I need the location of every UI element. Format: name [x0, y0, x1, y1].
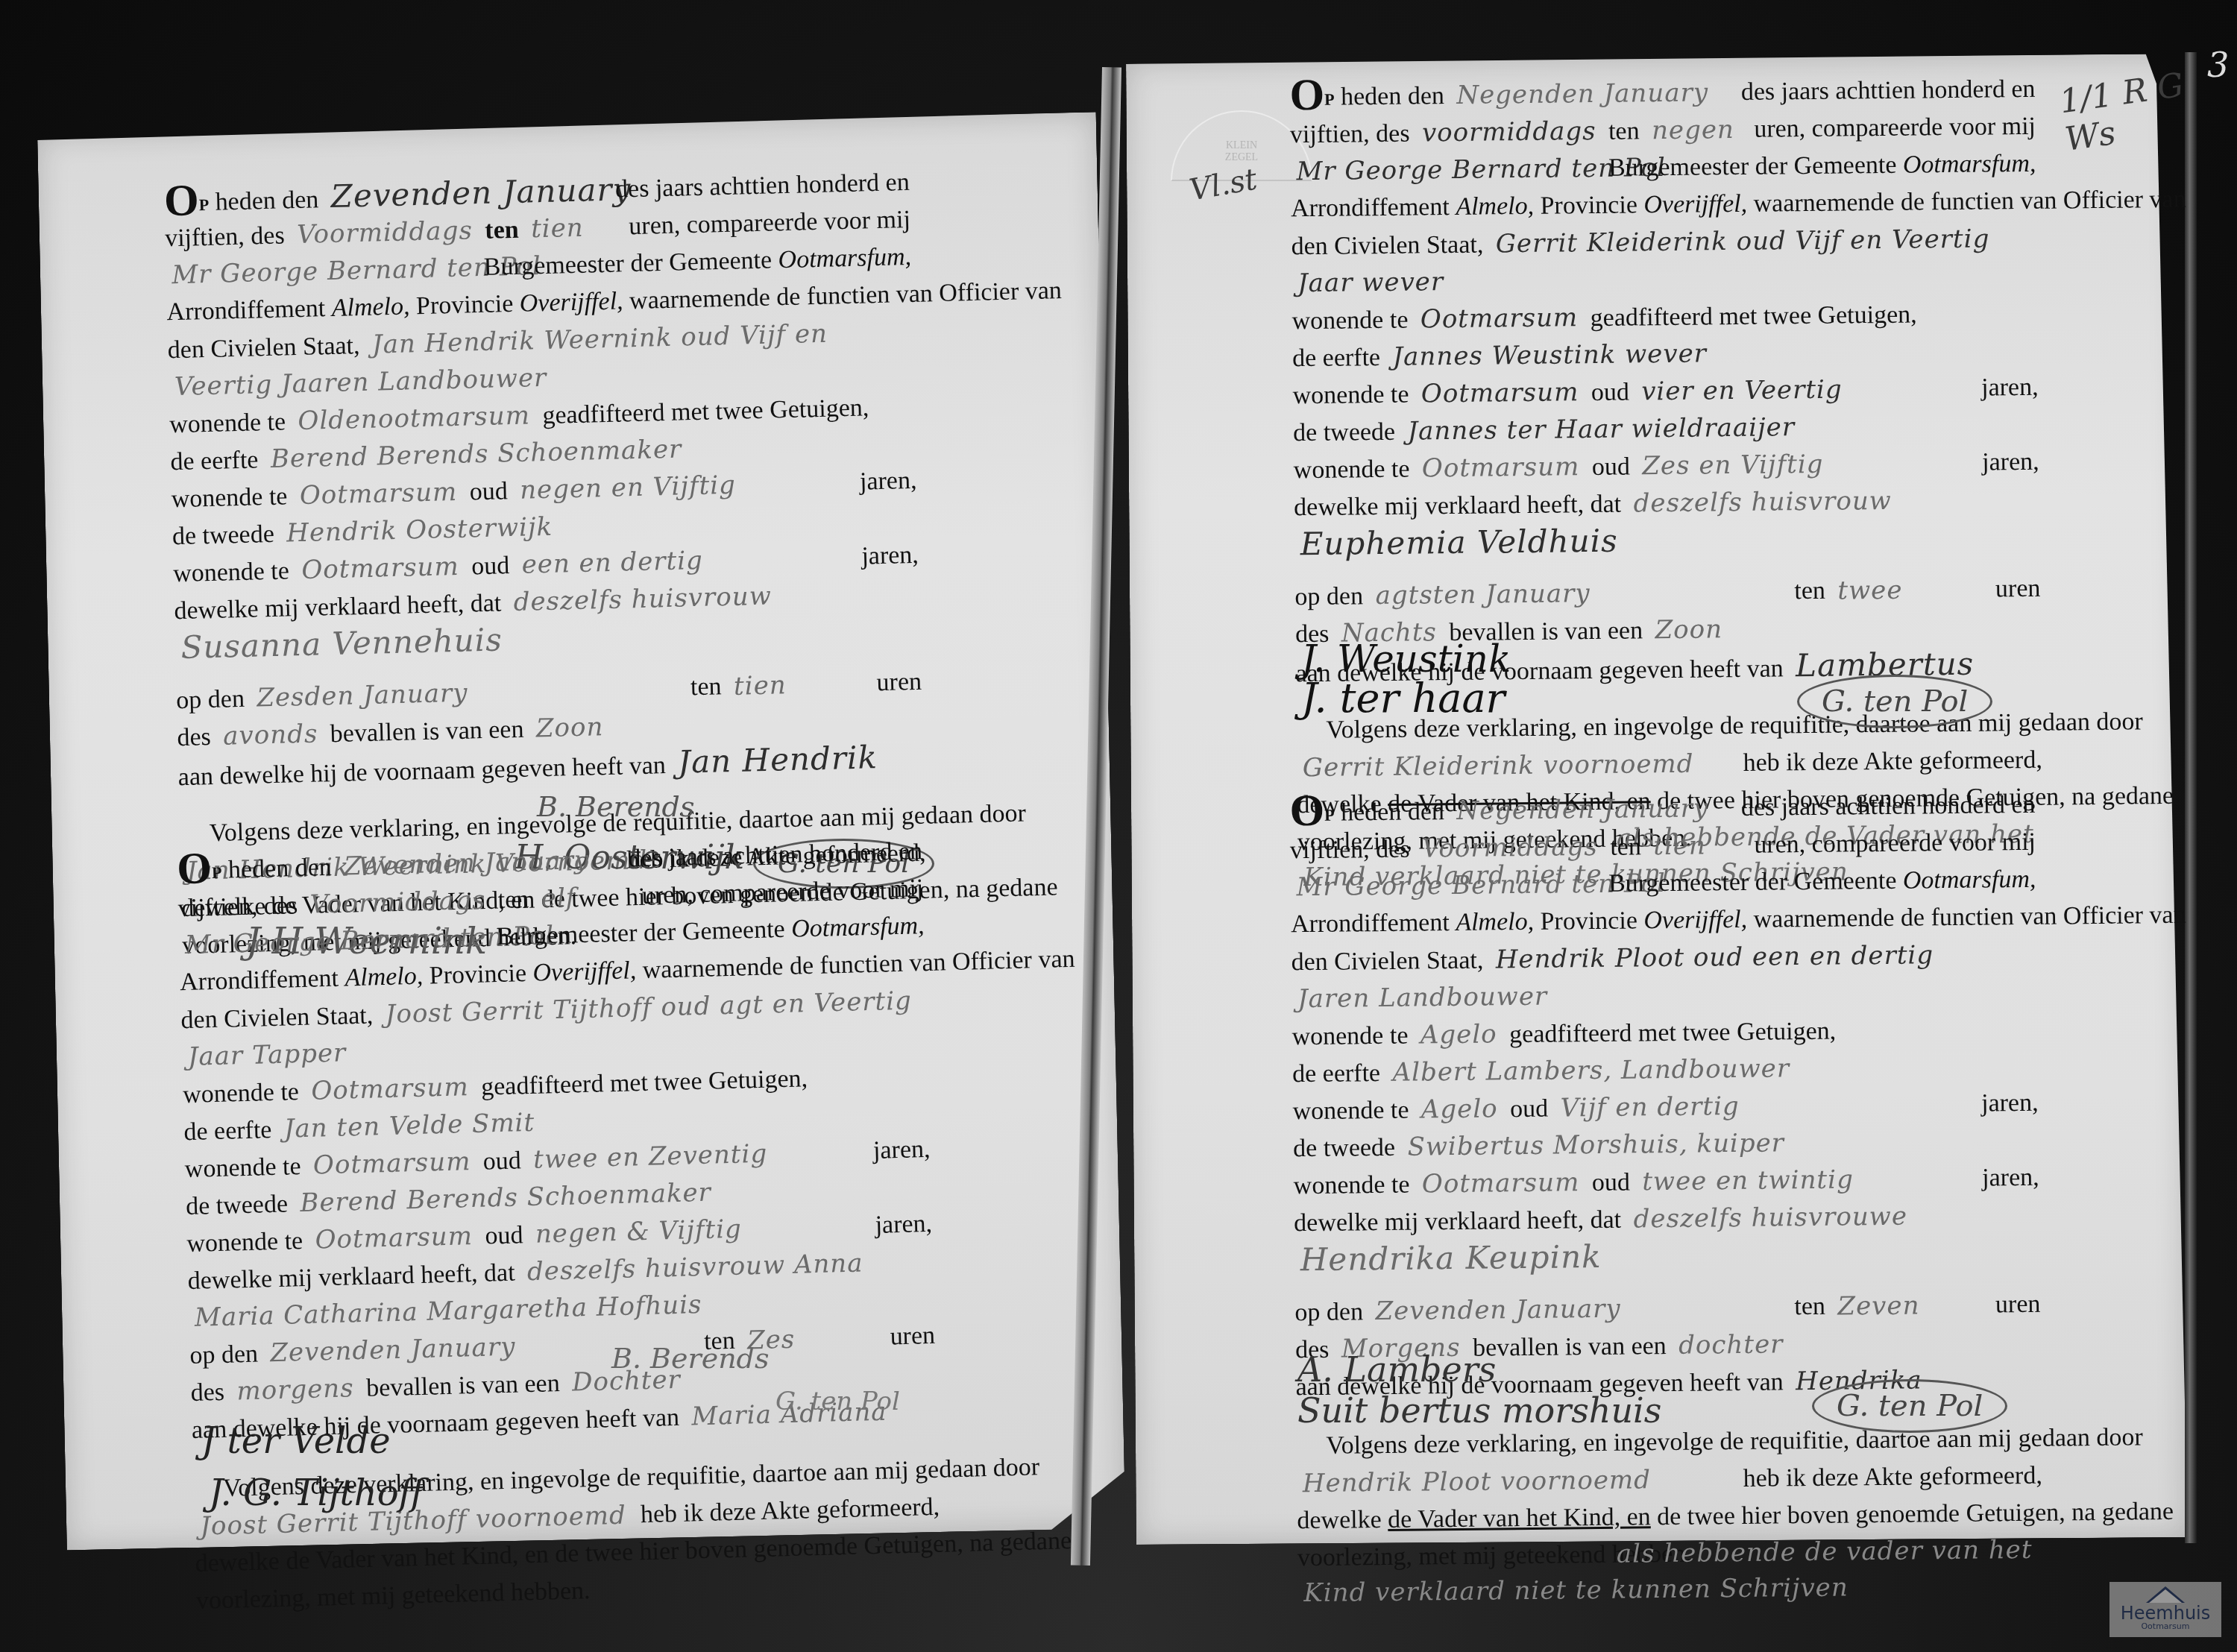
handwritten-age: twee en twintig — [1636, 1164, 1860, 1197]
handwritten-daypart: Voormiddags — [291, 215, 479, 250]
printed-text: ten — [1794, 1288, 1825, 1325]
printed-text: op den — [1294, 1298, 1363, 1326]
handwritten-residence: Ootmarsum — [305, 1072, 475, 1106]
printed-text: Overijffel, — [1643, 190, 1747, 218]
handwritten-child-sex: Zoon — [529, 712, 609, 744]
printed-text: jaren, — [861, 537, 919, 576]
printed-text: Arrondiffement — [1291, 193, 1450, 222]
small-cap: P — [1324, 90, 1335, 109]
handwritten-occupation: Jaren Landbouwer — [1291, 982, 1554, 1015]
printed-text: den Civielen Staat, — [1291, 231, 1483, 261]
printed-text: heden den — [1341, 798, 1444, 826]
printed-text: des — [190, 1378, 224, 1407]
handwritten-annotation: als hebbende de vader van het Kind verkl… — [1297, 1532, 2056, 1612]
printed-text: heb ik deze Akte geformeerd, — [1743, 1457, 2042, 1498]
printed-text: heden den — [215, 186, 319, 215]
printed-text: Overijffel, — [519, 287, 623, 317]
printed-text: uren — [1995, 1286, 2041, 1324]
printed-text: Burgemeester der Gemeente — [1608, 151, 1897, 182]
printed-text: dewelke mij verklaard heeft, dat — [187, 1259, 515, 1295]
printed-text: wonende te — [171, 482, 288, 513]
handwritten-requisitioner: Gerrit Kleiderink voornoemd — [1297, 749, 1700, 784]
printed-text: wonende te — [1294, 1171, 1410, 1200]
printed-text: op den — [1294, 582, 1363, 611]
printed-text: Almelo, — [331, 292, 410, 322]
underlined-printed-text: de Vader van het Kind, en — [1388, 1503, 1651, 1533]
birth-record-3: OP heden den Negenden January des jaars … — [1289, 71, 2044, 906]
signature-witness1: A. Lambers — [1297, 1349, 1496, 1390]
printed-text: oud — [471, 552, 510, 580]
handwritten-daypart: avonds — [217, 719, 324, 751]
handwritten-relation: deszelfs huisvrouw Anna — [521, 1248, 869, 1287]
printed-text: de tweede — [172, 520, 274, 550]
small-cap: P — [198, 195, 209, 214]
handwritten-residence: Ootmarsum — [293, 477, 463, 511]
printed-text: wonende te — [184, 1153, 301, 1183]
printed-text: de twee hier boven genoemde Getuigen, na… — [1657, 1498, 2174, 1530]
printed-text: ten — [485, 216, 519, 245]
handwritten-hour: tien — [525, 212, 591, 244]
handwritten-birth-date: Zevenden January — [1369, 1294, 1626, 1327]
printed-text: jaren, — [1982, 1159, 2039, 1197]
printed-text: Ootmarsfum, — [1903, 150, 2036, 179]
signature-mayor: G. ten Pol — [775, 1387, 900, 1416]
small-cap: P — [1324, 806, 1335, 825]
handwritten-witness: Jan ten Velde Smit — [277, 1108, 541, 1144]
handwritten-witness: Hendrik Oosterwijk — [280, 512, 559, 549]
printed-text: dewelke mij verklaard heeft, dat — [1294, 1206, 1621, 1238]
signature-mayor: G. ten Pol — [1797, 675, 1992, 728]
handwritten-date: Zevenden January — [338, 845, 596, 882]
signature-witness2: J. ter haar — [1301, 675, 1505, 722]
printed-text: Almelo, — [344, 962, 424, 992]
handwritten-residence: Ootmarsum — [307, 1147, 477, 1181]
printed-text: geadfifteerd met twee Getuigen, — [542, 394, 869, 429]
small-cap: P — [212, 863, 222, 882]
printed-text: de tweede — [186, 1191, 289, 1221]
handwritten-daypart: Voormiddags — [303, 885, 492, 920]
handwritten-declarant: Hendrik Ploot oud een en dertig — [1490, 940, 1940, 974]
handwritten-birth-hour: twee — [1831, 572, 1909, 610]
printed-text: vijftien, des — [165, 221, 285, 252]
printed-text: den Civielen Staat, — [1291, 947, 1483, 977]
handwritten-birth-date: Zesden January — [251, 678, 474, 713]
handwritten-birth-hour: tien — [727, 666, 793, 705]
handwritten-witness: Jannes ter Haar wieldraaijer — [1401, 412, 1801, 447]
handwritten-relation: deszelfs huisvrouw — [1627, 486, 1898, 519]
printed-text: ten — [1610, 833, 1641, 860]
drop-cap: O — [163, 175, 199, 225]
printed-text: jaren, — [875, 1205, 933, 1244]
printed-text: uren, compareerde voor mij — [1754, 108, 2036, 148]
printed-text: bevallen is van een — [330, 716, 523, 748]
handwritten-daypart: Voormiddags — [1416, 832, 1604, 864]
printed-text: wonende te — [186, 1227, 303, 1258]
printed-text: vijftien, des — [177, 892, 298, 922]
printed-text: des — [177, 723, 211, 751]
handwritten-occupation: Jaar wever — [1291, 267, 1450, 298]
printed-text: op den — [189, 1340, 259, 1369]
printed-text: wonende te — [1294, 455, 1410, 485]
printed-text: Ootmarsfum, — [1903, 866, 2036, 895]
printed-text: Almelo, — [1456, 908, 1534, 936]
printed-text: bevallen is van een — [1473, 1332, 1667, 1362]
handwritten-residence: Ootmarsum — [309, 1221, 479, 1255]
printed-text: ten — [1608, 117, 1640, 145]
drop-cap: O — [1289, 786, 1324, 835]
printed-text: uren, compareerde voor mij — [1754, 824, 2036, 864]
handwritten-mother: Susanna Vennehuis — [174, 621, 509, 666]
printed-text: jaren, — [1981, 369, 2039, 407]
handwritten-residence: Agelo — [1415, 1094, 1504, 1124]
handwritten-daypart: voormiddags — [1416, 116, 1602, 148]
printed-text: Burgemeester der Gemeente — [483, 246, 772, 280]
printed-text: uren — [890, 1317, 936, 1356]
printed-text: geadfifteerd met twee Getuigen, — [1591, 300, 1917, 332]
printed-text: Arrondiffement — [180, 965, 339, 997]
printed-text: Burgemeester der Gemeente — [1608, 867, 1897, 898]
printed-text: Overijffel, — [1643, 906, 1747, 934]
printed-text: geadfifteerd met twee Getuigen, — [481, 1065, 808, 1100]
printed-text: bevallen is van een — [366, 1369, 561, 1402]
printed-text: Provincie — [429, 959, 526, 989]
printed-text: jaren, — [872, 1131, 931, 1170]
signature-witness1: J ter Velde — [201, 1420, 391, 1462]
printed-text: de eerfte — [1292, 344, 1380, 372]
printed-text: Almelo, — [1456, 192, 1534, 221]
printed-text: voorlezing, met mij geteekend hebben. — [196, 1577, 591, 1615]
printed-text: ten — [690, 668, 722, 706]
handwritten-witness: Albert Lambers, Landbouwer — [1386, 1053, 1796, 1088]
printed-text: heden den — [1341, 82, 1444, 110]
printed-text: jaren, — [859, 462, 917, 501]
printed-text: heb ik deze Akte geformeerd, — [1743, 742, 2042, 782]
handwritten-residence: Ootmarsum — [1416, 1167, 1586, 1199]
handwritten-relation: deszelfs huisvrouwe — [1627, 1202, 1913, 1235]
birth-record-4: OP heden den Negenden January des jaars … — [1289, 786, 2044, 1621]
printed-text: wonende te — [183, 1078, 300, 1109]
printed-text: waarnemende de functien van Officier van — [1753, 186, 2186, 218]
handwritten-age: vier en Veertig — [1635, 374, 1849, 406]
handwritten-residence: Ootmarsum — [1415, 303, 1585, 334]
handwritten-residence: Ootmarsum — [1415, 377, 1585, 409]
handwritten-hour: elf — [535, 883, 582, 914]
heemhuis-logo: Heemhuis Ootmarsum — [2109, 1582, 2221, 1637]
handwritten-child-name: Jan Hendrik — [672, 739, 884, 781]
handwritten-mother: Hendrika Keupink — [1294, 1238, 1607, 1278]
handwritten-occupation: Veertig Jaaren Landbouwer — [169, 363, 553, 403]
printed-text: gegeven heeft van — [1599, 655, 1784, 684]
printed-text: Provincie — [416, 290, 514, 320]
handwritten-residence: Agelo — [1415, 1019, 1503, 1050]
handwritten-declarant: Gerrit Kleiderink oud Vijf en Veertig — [1490, 224, 1996, 259]
handwritten-witness: Berend Berends Schoenmaker — [264, 434, 688, 474]
printed-text: dewelke mij verklaard heeft, dat — [1294, 491, 1621, 522]
printed-text: wonende te — [169, 408, 286, 438]
printed-text: de tweede — [1293, 418, 1395, 447]
handwritten-birth-hour: Zeven — [1831, 1287, 1926, 1325]
printed-text: geadfifteerd met twee Getuigen, — [1509, 1018, 1836, 1049]
printed-text: des jaars achttien honderd en — [1741, 71, 2036, 111]
printed-text: den Civielen Staat, — [167, 332, 360, 364]
handwritten-age: een en dertig — [515, 546, 709, 580]
handwritten-age: Zes en Vijftig — [1636, 450, 1829, 482]
printed-text: den Civielen Staat, — [180, 1001, 374, 1034]
printed-text: des jaars achttien honderd en — [1741, 786, 2036, 827]
printed-text: wonende te — [1292, 381, 1409, 410]
printed-text: wonende te — [1291, 306, 1408, 335]
handwritten-child-sex: Zoon — [1649, 614, 1728, 645]
handwritten-residence: Oldenootmarsum — [292, 400, 536, 436]
printed-text: ten — [497, 886, 529, 914]
printed-text: Overijffel, — [532, 956, 637, 987]
printed-text: wonende te — [173, 557, 290, 587]
printed-text: de eerfte — [1292, 1059, 1380, 1088]
printed-text: oud — [1592, 453, 1630, 482]
logo-name: Heemhuis — [2109, 1604, 2221, 1622]
printed-text: uren — [876, 663, 922, 702]
handwritten-date: Zevenden January — [324, 171, 638, 215]
printed-text: oud — [1510, 1095, 1548, 1123]
printed-text: oud — [482, 1147, 521, 1175]
printed-text: de tweede — [1293, 1134, 1395, 1162]
signature-father: J. G. Tijthoff — [209, 1472, 424, 1514]
handwritten-age: Vijf en dertig — [1555, 1091, 1746, 1123]
handwritten-occupation: Jaar Tapper — [181, 1038, 352, 1072]
printed-text: Provincie — [1540, 907, 1637, 935]
printed-text: de eerfte — [170, 446, 259, 476]
printed-text: oud — [485, 1221, 523, 1249]
printed-text: oud — [469, 477, 508, 505]
handwritten-date: Negenden January — [1450, 78, 1714, 110]
signature-witness1: B. Berends — [537, 790, 694, 823]
printed-text: Arrondiffement — [166, 294, 326, 326]
handwritten-birth-date: Zevenden January — [264, 1331, 522, 1368]
printed-text: uren — [1995, 570, 2041, 608]
handwritten-hour: negen — [1646, 115, 1740, 145]
printed-text: dewelke — [195, 1548, 280, 1577]
printed-text: waarnemende de functien van Officier van — [1753, 901, 2186, 933]
printed-text: gegeven heeft van — [494, 1404, 679, 1436]
handwritten-relation: deszelfs huisvrouw — [507, 581, 778, 617]
printed-text: Provincie — [1540, 191, 1637, 219]
book-edge — [2185, 52, 2197, 1543]
printed-text: dewelke — [1297, 1506, 1382, 1534]
printed-text: wonende te — [1292, 1097, 1409, 1126]
printed-text: Ootmarsfum, — [791, 912, 925, 943]
printed-text: heden den — [227, 854, 332, 884]
handwritten-witness: Jannes Weustink wever — [1386, 338, 1713, 372]
printed-text: Arrondiffement — [1291, 909, 1450, 938]
printed-text: de eerfte — [183, 1116, 272, 1146]
house-roof-icon — [2146, 1586, 2185, 1603]
handwritten-witness: Swibertus Morshuis, kuiper — [1401, 1128, 1790, 1161]
printed-text: uren, compareerde voor mij — [629, 201, 911, 245]
printed-text: wonende te — [1291, 1022, 1408, 1051]
printed-text: gegeven heeft van — [481, 751, 666, 784]
handwritten-mother: Euphemia Veldhuis — [1294, 523, 1623, 563]
printed-text: jaren, — [1982, 444, 2039, 482]
drop-cap: O — [1289, 70, 1324, 119]
signature-mayor: G. ten Pol — [1812, 1379, 2007, 1433]
printed-text: oud — [1592, 1169, 1630, 1197]
printed-text: vijftien, des — [1290, 836, 1410, 865]
printed-text: aan dewelke hij de voornaam — [177, 756, 475, 791]
handwritten-age: twee en Zeventig — [527, 1138, 774, 1175]
drop-cap: O — [176, 843, 212, 893]
printed-text: jaren, — [1981, 1085, 2039, 1123]
printed-text: Ootmarsfum, — [778, 243, 911, 274]
printed-text: de Vader van het Kind, en — [286, 1541, 549, 1575]
handwritten-hour: tien — [1647, 830, 1712, 861]
handwritten-daypart: morgens — [230, 1373, 360, 1407]
signature-witness2: B. Berends — [611, 1342, 769, 1375]
printed-text: oud — [1591, 379, 1629, 407]
handwritten-date: Negenden January — [1450, 793, 1714, 826]
handwritten-birth-date: agtsten January — [1369, 578, 1596, 611]
handwritten-residence: Ootmarsum — [1416, 452, 1586, 483]
handwritten-child-sex: dochter — [1673, 1329, 1790, 1361]
handwritten-requisitioner: Hendrik Ploot voornoemd — [1297, 1465, 1657, 1498]
printed-text: ten — [1794, 573, 1825, 610]
printed-text: op den — [176, 685, 245, 714]
signature-witness2: Suit bertus morshuis — [1297, 1390, 1661, 1431]
handwritten-residence: Ootmarsum — [295, 552, 465, 586]
printed-text: vijftien, des — [1290, 120, 1410, 149]
printed-text: Burgemeester der Gemeente — [497, 915, 785, 950]
printed-text: dewelke mij verklaard heeft, dat — [174, 589, 502, 625]
handwritten-age: negen en Vijftig — [514, 470, 743, 505]
handwritten-age: negen & Vijftig — [529, 1214, 748, 1249]
